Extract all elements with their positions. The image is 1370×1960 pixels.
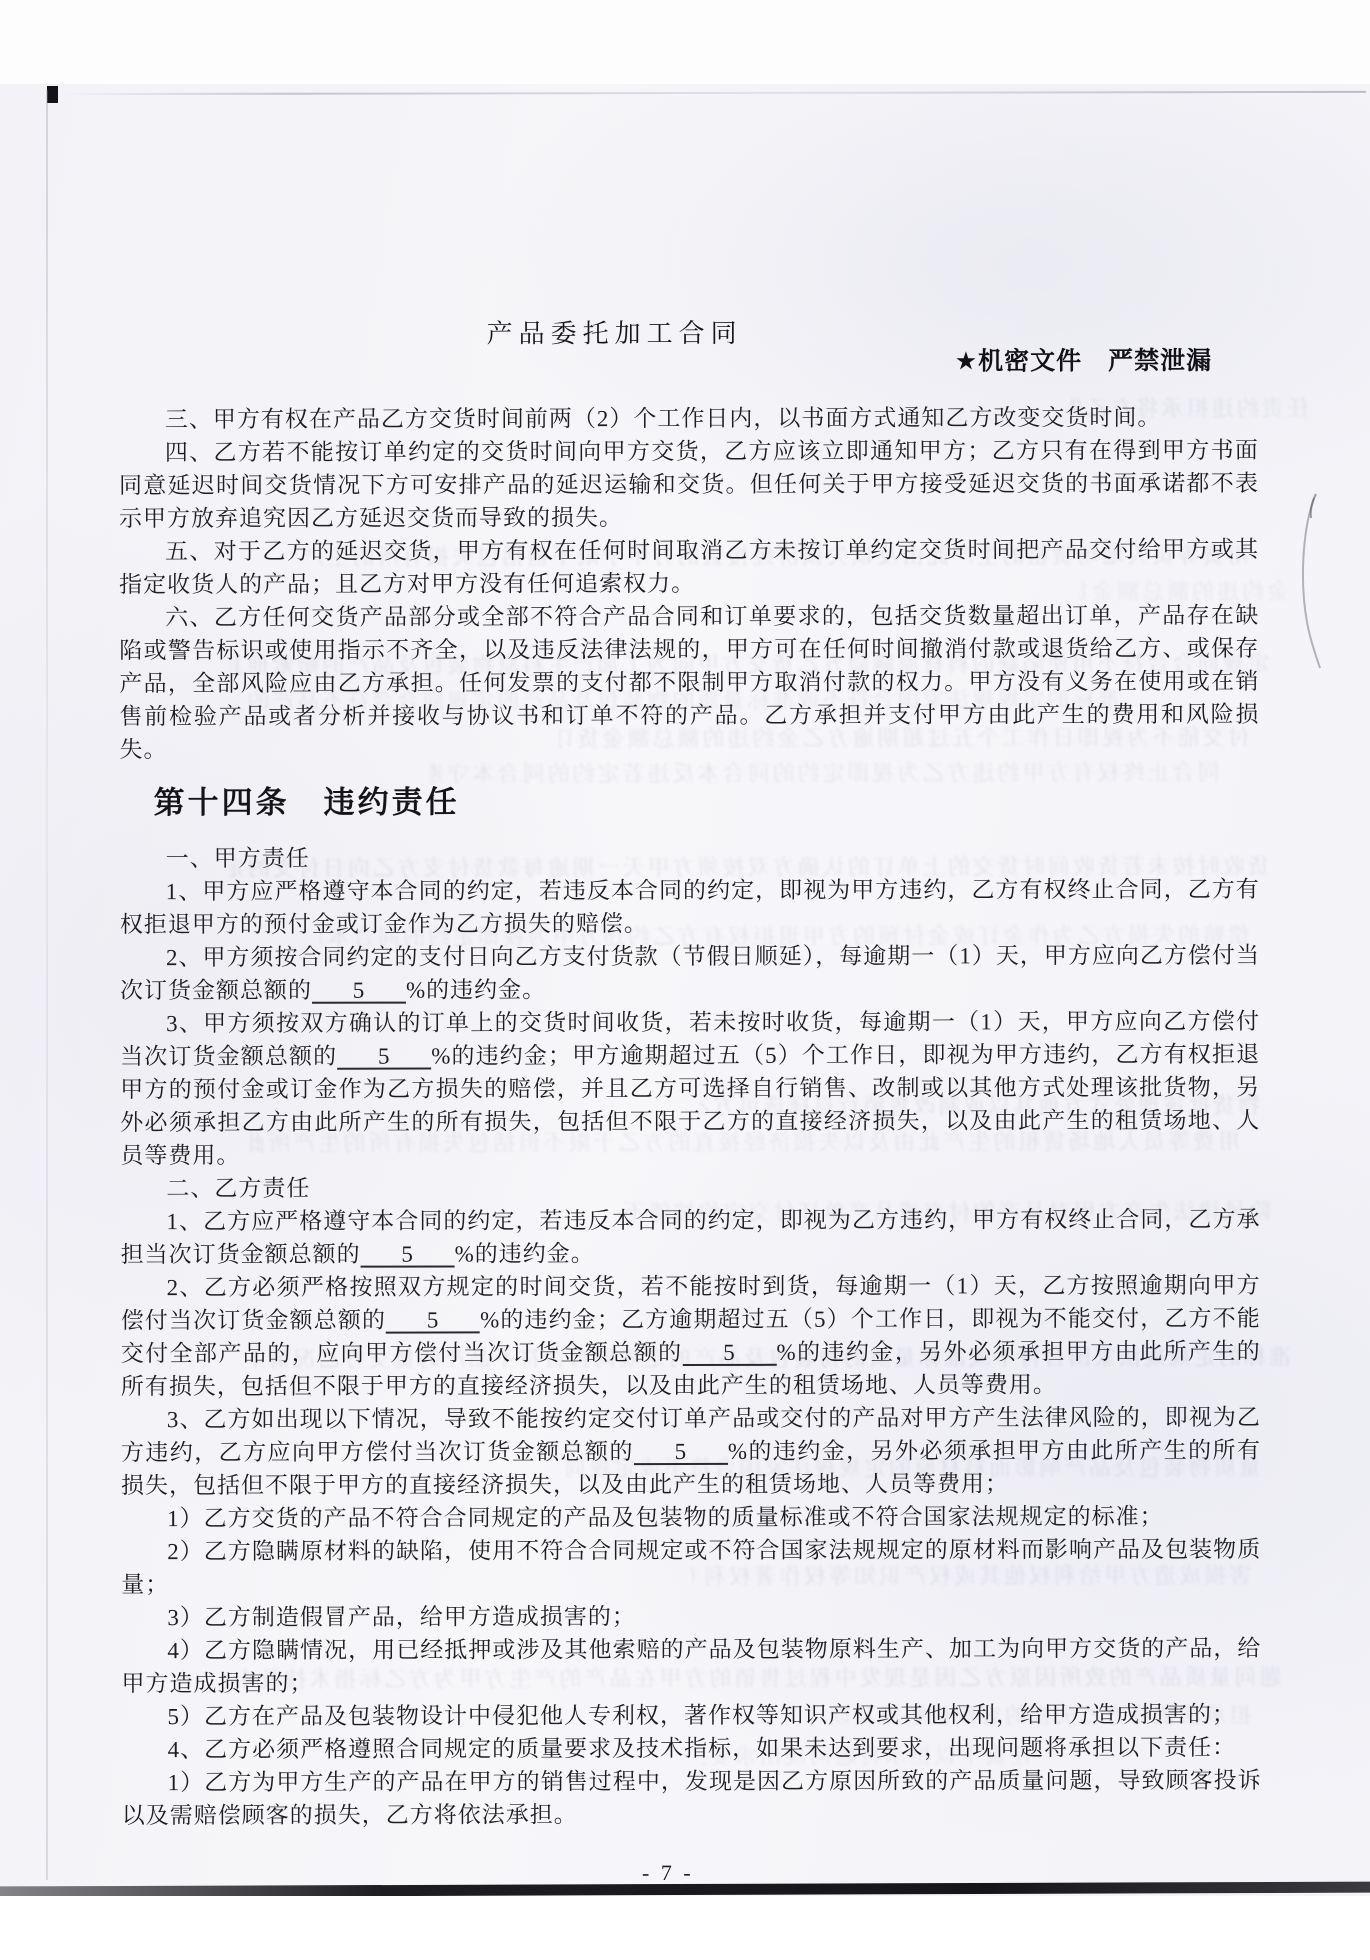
text-run: 六、乙方任何交货产品部分或全部不符合产品合同和订单要求的，包括交货数量超出订单，… — [119, 603, 1259, 762]
underlined-blank-value: 5 — [386, 1309, 480, 1333]
text-run: 1、乙方应严格遵守本合同的约定，若违反本合同的约定，即视为乙方违约，甲方有权终止… — [121, 1207, 1261, 1267]
paragraph: 1、甲方应严格遵守本合同的约定，若违反本合同的约定，即视为甲方违约，乙方有权终止… — [120, 873, 1260, 941]
confidential-stamp: ★机密文件 严禁泄漏 — [955, 341, 1212, 378]
text-run: 第十四条 违约责任 — [154, 784, 460, 820]
paragraph: 二、乙方责任 — [120, 1170, 1260, 1205]
paragraph: 3、甲方须按双方确认的订单上的交货时间收货，若未按时收货，每逾期一（1）天，甲方… — [120, 1005, 1260, 1172]
underlined-blank-value: 5 — [361, 1243, 455, 1267]
paragraph: 四、乙方若不能按订单约定的交货时间向甲方交货，乙方应该立即通知甲方；乙方只有在得… — [119, 434, 1259, 535]
paper-wrinkle-mark — [1292, 492, 1326, 672]
underlined-blank-value: 5 — [634, 1441, 728, 1465]
doc-body: 三、甲方有权在产品乙方交货时间前两（2）个工作日内，以书面方式通知乙方改变交货时… — [119, 401, 1262, 1832]
paragraph: 4、乙方必须严格遵照合同规定的质量要求及技术指标，如果未达到要求，出现问题将承担… — [122, 1731, 1262, 1766]
text-run: 1）乙方交货的产品不符合合同规定的产品及包装物的质量标准或不符合国家法规规定的标… — [167, 1504, 1164, 1531]
scan-bottom-margin — [0, 1896, 1370, 1960]
paragraph: 1、乙方应严格遵守本合同的约定，若违反本合同的约定，即视为乙方违约，甲方有权终止… — [120, 1203, 1260, 1271]
paragraph: 三、甲方有权在产品乙方交货时间前两（2）个工作日内，以书面方式通知乙方改变交货时… — [119, 401, 1259, 436]
underlined-blank-value: 5 — [337, 1046, 431, 1070]
text-run: 5）乙方在产品及包装物设计中侵犯他人专利权，著作权等知识产权或其他权利，给甲方造… — [167, 1702, 1236, 1729]
text-run: %的违约金。 — [455, 1241, 595, 1266]
text-run: 三、甲方有权在产品乙方交货时间前两（2）个工作日内，以书面方式通知乙方改变交货时… — [165, 405, 1162, 432]
text-run: 五、对于乙方的延迟交货，甲方有权在任何时间取消乙方未按订单约定交货时间把产品交付… — [119, 537, 1259, 597]
paragraph: 4）乙方隐瞒情况，用已经抵押或涉及其他索赔的产品及包装物原料生产、加工为向甲方交… — [121, 1632, 1261, 1700]
text-run: 2、甲方须按合同约定的支付日向乙方支付货款（节假日顺延），每逾期一（1）天，甲方… — [120, 943, 1260, 1003]
text-run: 2）乙方隐瞒原材料的缺陷，使用不符合合同规定或不符合国家法规规定的原材料而影响产… — [121, 1537, 1261, 1597]
paragraph: 1）乙方为甲方生产的产品在甲方的销售过程中，发现是因乙方原因所致的产品质量问题，… — [122, 1764, 1262, 1832]
text-run: 4）乙方隐瞒情况，用已经抵押或涉及其他索赔的产品及包装物原料生产、加工为向甲方交… — [121, 1636, 1261, 1696]
paragraph: 一、甲方责任 — [120, 840, 1260, 875]
paragraph: 3、乙方如出现以下情况，导致不能按约定交付订单产品或交付的产品对甲方产生法律风险… — [121, 1401, 1261, 1502]
paragraph: 1）乙方交货的产品不符合合同规定的产品及包装物的质量标准或不符合国家法规规定的标… — [121, 1500, 1261, 1535]
paper-content: 任责约违担承将方乙失损的客顾偿赔需及以诉用费等员人地场赁租的生产此由及以失损济经… — [0, 83, 1370, 1898]
scan-left-edge — [46, 90, 48, 1880]
paragraph: 五、对于乙方的延迟交货，甲方有权在任何时间取消乙方未按订单约定交货时间把产品交付… — [119, 533, 1259, 601]
text-run: %的违约金。 — [406, 977, 546, 1002]
paragraph: 2、乙方必须严格按照双方规定的时间交货，若不能按时到货，每逾期一（1）天，乙方按… — [121, 1269, 1261, 1403]
scanned-contract-page: 任责约违担承将方乙失损的客顾偿赔需及以诉用费等员人地场赁租的生产此由及以失损济经… — [0, 84, 1370, 1896]
underlined-blank-value: 5 — [683, 1342, 777, 1366]
text-run: 3）乙方制造假冒产品，给甲方造成损害的； — [167, 1604, 636, 1630]
paragraph: 3）乙方制造假冒产品，给甲方造成损害的； — [121, 1599, 1261, 1634]
section-heading: 第十四条 违约责任 — [154, 778, 1260, 826]
text-run: 1）乙方为甲方生产的产品在甲方的销售过程中，发现是因乙方原因所致的产品质量问题，… — [122, 1768, 1262, 1828]
paragraph: 5）乙方在产品及包装物设计中侵犯他人专利权，著作权等知识产权或其他权利，给甲方造… — [121, 1698, 1261, 1733]
paragraph: 2）乙方隐瞒原材料的缺陷，使用不符合合同规定或不符合国家法规规定的原材料而影响产… — [121, 1533, 1261, 1601]
paragraph: 2、甲方须按合同约定的支付日向乙方支付货款（节假日顺延），每逾期一（1）天，甲方… — [120, 939, 1260, 1007]
paragraph: 六、乙方任何交货产品部分或全部不符合产品合同和订单要求的，包括交货数量超出订单，… — [119, 599, 1259, 766]
text-run: 四、乙方若不能按订单约定的交货时间向甲方交货，乙方应该立即通知甲方；乙方只有在得… — [119, 438, 1259, 531]
text-run: 1、甲方应严格遵守本合同的约定，若违反本合同的约定，即视为甲方违约，乙方有权终止… — [120, 877, 1260, 937]
scan-corner-mark — [47, 86, 58, 103]
underlined-blank-value: 5 — [312, 980, 406, 1004]
text-run: 一、甲方责任 — [166, 846, 310, 871]
text-run: 4、乙方必须严格遵照合同规定的质量要求及技术指标，如果未达到要求，出现问题将承担… — [168, 1735, 1237, 1762]
text-run: 二、乙方责任 — [166, 1176, 310, 1201]
